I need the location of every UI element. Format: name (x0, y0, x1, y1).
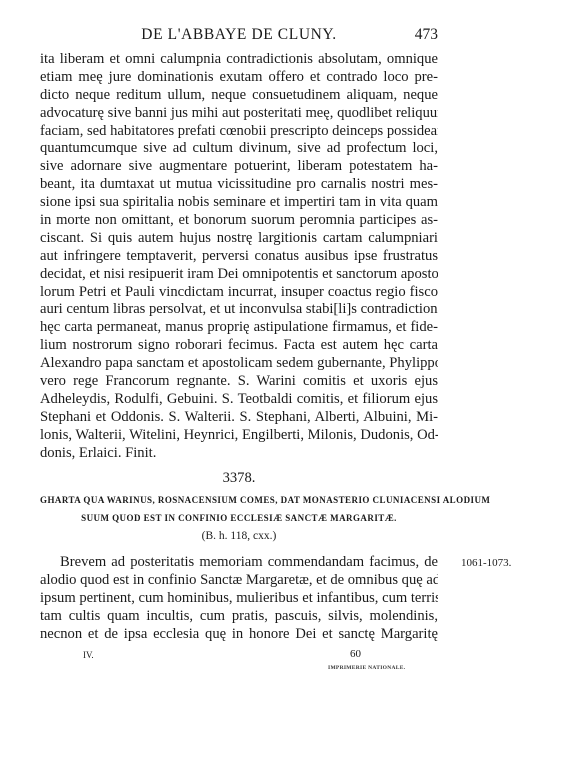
printer-imprint: IMPRIMERIE NATIONALE. (328, 664, 405, 672)
document-page: DE L'ABBAYE DE CLUNY. 473 ita liberam et… (0, 0, 570, 770)
text-line: donis, Erlaici. Finit. (40, 445, 438, 463)
text-line: faciam, sed habitatores prefati cœnobii … (40, 123, 438, 141)
text-line: advocaturę sive banni jus mihi aut poste… (40, 105, 438, 123)
text-line: in morte non omittant, et bonorum suorum… (40, 212, 438, 230)
text-line: beant, ita dumtaxat ut mutua vicissitudi… (40, 176, 438, 194)
signature-mark: IV. (83, 648, 94, 662)
text-line: decidat, et nisi resipuerit iram Dei omn… (40, 266, 438, 284)
text-line: sione ipsi sua spiritalia nobis seminare… (40, 194, 438, 212)
text-line: quantumcumque sive ad cultum divinum, si… (40, 140, 438, 158)
running-head: DE L'ABBAYE DE CLUNY. 473 (40, 25, 438, 45)
text-line: vero rege Francorum regnante. S. Warini … (40, 373, 438, 391)
running-title: DE L'ABBAYE DE CLUNY. (40, 25, 438, 45)
text-line: ita liberam et omni calumpnia contradict… (40, 51, 438, 69)
text-line: lonis, Walterii, Witelini, Heynrici, Eng… (40, 427, 438, 445)
text-line: ciscant. Si quis autem hujus nostrę larg… (40, 230, 438, 248)
text-line: sive adornare sive augmentare potuerint,… (40, 158, 438, 176)
text-line: lium nostrorum signo roborari fecimus. F… (40, 337, 438, 355)
charter-text: Brevem ad posteritatis memoriam commenda… (40, 554, 438, 643)
text-line: tam cultis quam incultis, cum pratis, pa… (40, 608, 438, 626)
text-line: ipsum pertinent, cum hominibus, mulierib… (40, 590, 438, 608)
page-number: 473 (415, 25, 438, 45)
text-line: etiam meę jure dominationis exutam offer… (40, 69, 438, 87)
text-line: hęc carta permaneat, manus proprię astip… (40, 319, 438, 337)
continued-charter-text: ita liberam et omni calumpnia contradict… (40, 51, 438, 462)
text-line: Brevem ad posteritatis memoriam commenda… (40, 554, 438, 572)
text-line: Stephani et Oddonis. S. Walterii. S. Ste… (40, 409, 438, 427)
text-line: auri centum libras persolvat, et ut inco… (40, 301, 438, 319)
text-line: necnon et de ipsa ecclesia quę in honore… (40, 626, 438, 644)
text-line: lorum Petri et Pauli vincdictam incurrat… (40, 284, 438, 302)
margin-date: 1061-1073. (461, 555, 511, 573)
text-line: Adheleydis, Rodulfi, Gebuini. S. Teotbal… (40, 391, 438, 409)
caption-line: GHARTA QUA WARINUS, ROSNACENSIUM COMES, … (40, 491, 438, 509)
text-line: dicto neque reditum ullum, neque consuet… (40, 87, 438, 105)
text-line: aut infringere temptaverit, perversi con… (40, 248, 438, 266)
text-line: alodio quod est in confinio Sanctæ Marga… (40, 572, 438, 590)
caption-line: SUUM QUOD EST IN CONFINIO ECCLESIÆ SANCT… (40, 509, 438, 527)
text-line: Alexandro papa sanctam et apostolicam se… (40, 355, 438, 373)
sheet-number: 60 (350, 647, 361, 661)
charter-number: 3378. (40, 469, 438, 487)
source-reference: (B. h. 118, cxx.) (40, 527, 438, 545)
charter-caption: GHARTA QUA WARINUS, ROSNACENSIUM COMES, … (40, 491, 438, 527)
